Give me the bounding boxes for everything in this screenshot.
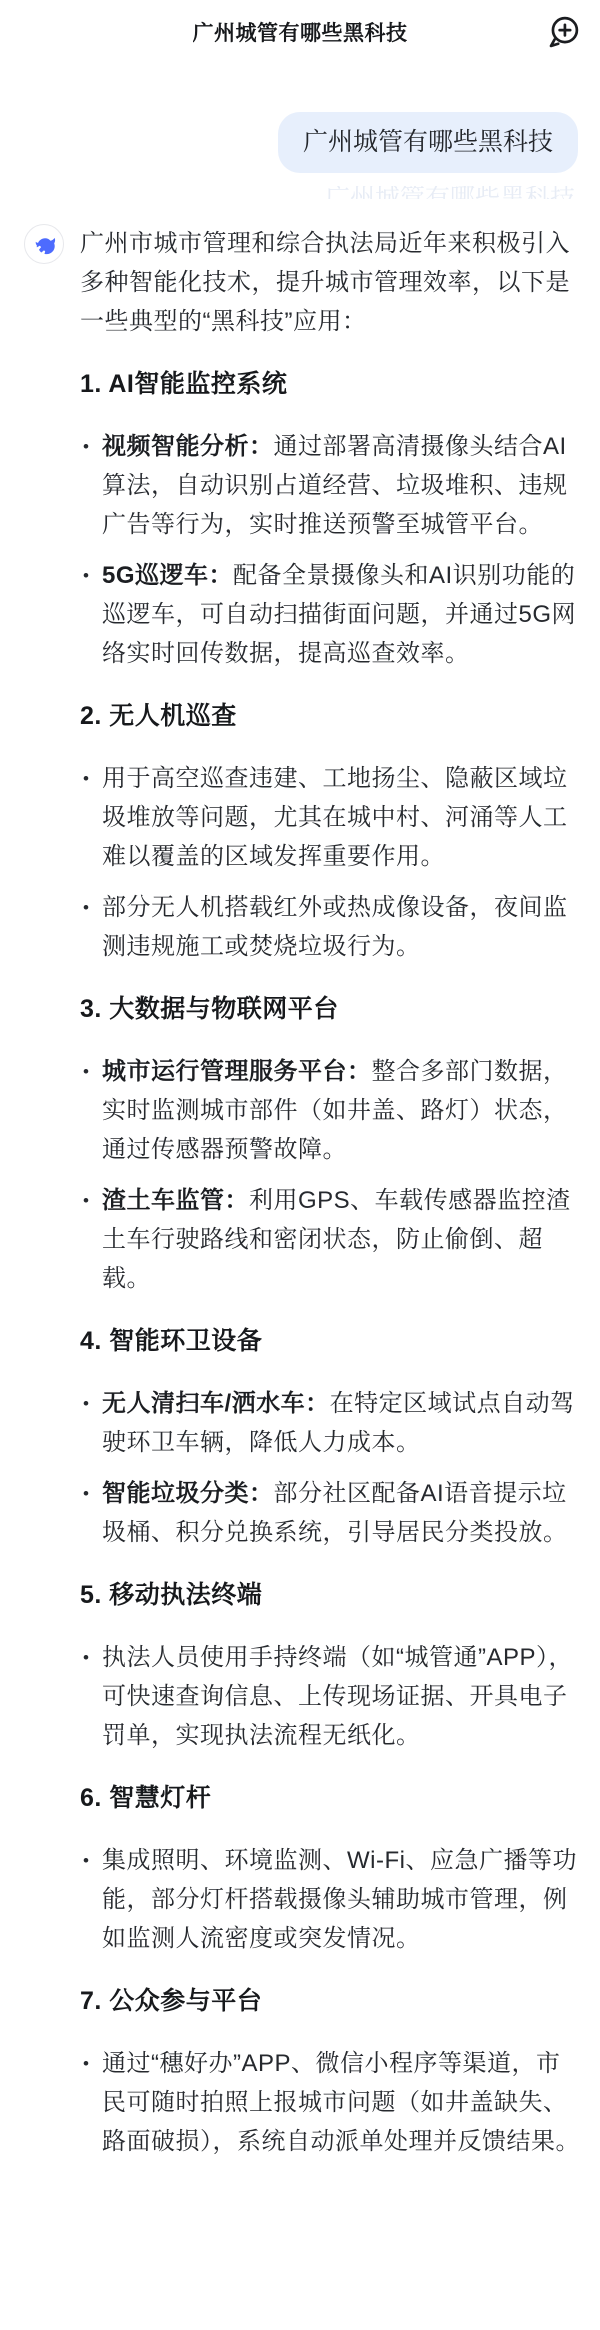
bullet-dot-icon: • [83,427,89,466]
bullet-list: •视频智能分析：通过部署高清摄像头结合AI算法，自动识别占道经营、垃圾堆积、违规… [80,427,580,673]
bullet-dot-icon: • [83,1384,89,1423]
answer-section: 6. 智慧灯杆 •集成照明、环境监测、Wi-Fi、应急广播等功能，部分灯杆搭载摄… [80,1781,580,1958]
bullet-item: •智能垃圾分类：部分社区配备AI语音提示垃圾桶、积分兑换系统，引导居民分类投放。 [80,1474,580,1552]
bullet-text: 执法人员使用手持终端（如“城管通”APP），可快速查询信息、上传现场证据、开具电… [102,1644,573,1749]
bullet-item: •用于高空巡查违建、工地扬尘、隐蔽区域垃圾堆放等问题，尤其在城中村、河涌等人工难… [80,759,580,876]
assistant-avatar [24,224,64,264]
new-chat-button[interactable] [540,10,586,56]
assistant-message-row: 广州市城市管理和综合执法局近年来积极引入多种智能化技术，提升城市管理效率，以下是… [0,224,580,2161]
bullet-item: •集成照明、环境监测、Wi-Fi、应急广播等功能，部分灯杆搭载摄像头辅助城市管理… [80,1841,580,1958]
bullet-item: •5G巡逻车：配备全景摄像头和AI识别功能的巡逻车，可自动扫描街面问题，并通过5… [80,556,580,673]
bullet-text: 用于高空巡查违建、工地扬尘、隐蔽区域垃圾堆放等问题，尤其在城中村、河涌等人工难以… [102,765,568,870]
bullet-dot-icon: • [83,1474,89,1513]
bullet-list: •通过“穗好办”APP、微信小程序等渠道，市民可随时拍照上报城市问题（如井盖缺失… [80,2044,580,2161]
bullet-dot-icon: • [83,759,89,798]
bullet-list: •用于高空巡查违建、工地扬尘、隐蔽区域垃圾堆放等问题，尤其在城中村、河涌等人工难… [80,759,580,966]
bullet-term: 城市运行管理服务平台： [102,1058,372,1085]
menu-button[interactable] [20,18,60,48]
bullet-term: 渣土车监管： [102,1187,249,1214]
bullet-dot-icon: • [83,888,89,927]
answer-section: 3. 大数据与物联网平台 •城市运行管理服务平台：整合多部门数据，实时监测城市部… [80,992,580,1298]
bullet-item: •执法人员使用手持终端（如“城管通”APP），可快速查询信息、上传现场证据、开具… [80,1638,580,1755]
section-heading: 7. 公众参与平台 [80,1984,580,2018]
bullet-term: 无人清扫车/洒水车： [102,1390,330,1417]
bullet-dot-icon: • [83,1638,89,1677]
bullet-term: 5G巡逻车： [102,562,233,589]
bullet-dot-icon: • [83,1052,89,1091]
app-header: 广州城管有哪些黑科技 [0,0,600,64]
bullet-dot-icon: • [83,1841,89,1880]
answer-section: 7. 公众参与平台 •通过“穗好办”APP、微信小程序等渠道，市民可随时拍照上报… [80,1984,580,2161]
chat-title: 广州城管有哪些黑科技 [193,17,408,47]
answer-section: 5. 移动执法终端 •执法人员使用手持终端（如“城管通”APP），可快速查询信息… [80,1578,580,1755]
user-message-bubble[interactable]: 广州城管有哪些黑科技 [278,112,578,173]
bullet-list: •执法人员使用手持终端（如“城管通”APP），可快速查询信息、上传现场证据、开具… [80,1638,580,1755]
bullet-dot-icon: • [83,2044,89,2083]
bullet-list: •集成照明、环境监测、Wi-Fi、应急广播等功能，部分灯杆搭载摄像头辅助城市管理… [80,1841,580,1958]
answer-section: 4. 智能环卫设备 •无人清扫车/洒水车：在特定区域试点自动驾驶环卫车辆，降低人… [80,1324,580,1552]
bullet-item: •通过“穗好办”APP、微信小程序等渠道，市民可随时拍照上报城市问题（如井盖缺失… [80,2044,580,2161]
user-message-row: 广州城管有哪些黑科技 [0,112,578,173]
bullet-item: •部分无人机搭载红外或热成像设备，夜间监测违规施工或焚烧垃圾行为。 [80,888,580,966]
answer-section: 2. 无人机巡查 •用于高空巡查违建、工地扬尘、隐蔽区域垃圾堆放等问题，尤其在城… [80,699,580,966]
assistant-intro-paragraph: 广州市城市管理和综合执法局近年来积极引入多种智能化技术，提升城市管理效率，以下是… [80,224,580,341]
screenshot-stitch-artifact: 广州城管有哪些黑科技 [0,186,575,199]
bullet-item: •无人清扫车/洒水车：在特定区域试点自动驾驶环卫车辆，降低人力成本。 [80,1384,580,1462]
bullet-text: 部分无人机搭载红外或热成像设备，夜间监测违规施工或焚烧垃圾行为。 [102,894,568,960]
bullet-dot-icon: • [83,1181,89,1220]
bullet-term: 智能垃圾分类： [102,1480,274,1507]
bullet-term: 视频智能分析： [102,433,274,460]
bullet-list: •城市运行管理服务平台：整合多部门数据，实时监测城市部件（如井盖、路灯）状态，通… [80,1052,580,1298]
bullet-text: 集成照明、环境监测、Wi-Fi、应急广播等功能，部分灯杆搭载摄像头辅助城市管理，… [102,1847,577,1952]
section-heading: 2. 无人机巡查 [80,699,580,733]
answer-section: 1. AI智能监控系统 •视频智能分析：通过部署高清摄像头结合AI算法，自动识别… [80,367,580,673]
section-heading: 4. 智能环卫设备 [80,1324,580,1358]
bullet-text: 通过“穗好办”APP、微信小程序等渠道，市民可随时拍照上报城市问题（如井盖缺失、… [102,2050,580,2155]
section-heading: 6. 智慧灯杆 [80,1781,580,1815]
deepseek-whale-icon [31,231,57,257]
bullet-dot-icon: • [83,556,89,595]
section-heading: 1. AI智能监控系统 [80,367,580,401]
bullet-list: •无人清扫车/洒水车：在特定区域试点自动驾驶环卫车辆，降低人力成本。 •智能垃圾… [80,1384,580,1552]
section-heading: 5. 移动执法终端 [80,1578,580,1612]
bullet-item: •城市运行管理服务平台：整合多部门数据，实时监测城市部件（如井盖、路灯）状态，通… [80,1052,580,1169]
new-chat-bubble-plus-icon [540,10,586,56]
bullet-item: •渣土车监管：利用GPS、车载传感器监控渣土车行驶路线和密闭状态，防止偷倒、超载… [80,1181,580,1298]
section-heading: 3. 大数据与物联网平台 [80,992,580,1026]
bullet-item: •视频智能分析：通过部署高清摄像头结合AI算法，自动识别占道经营、垃圾堆积、违规… [80,427,580,544]
answer-sections: 1. AI智能监控系统 •视频智能分析：通过部署高清摄像头结合AI算法，自动识别… [80,367,580,2161]
